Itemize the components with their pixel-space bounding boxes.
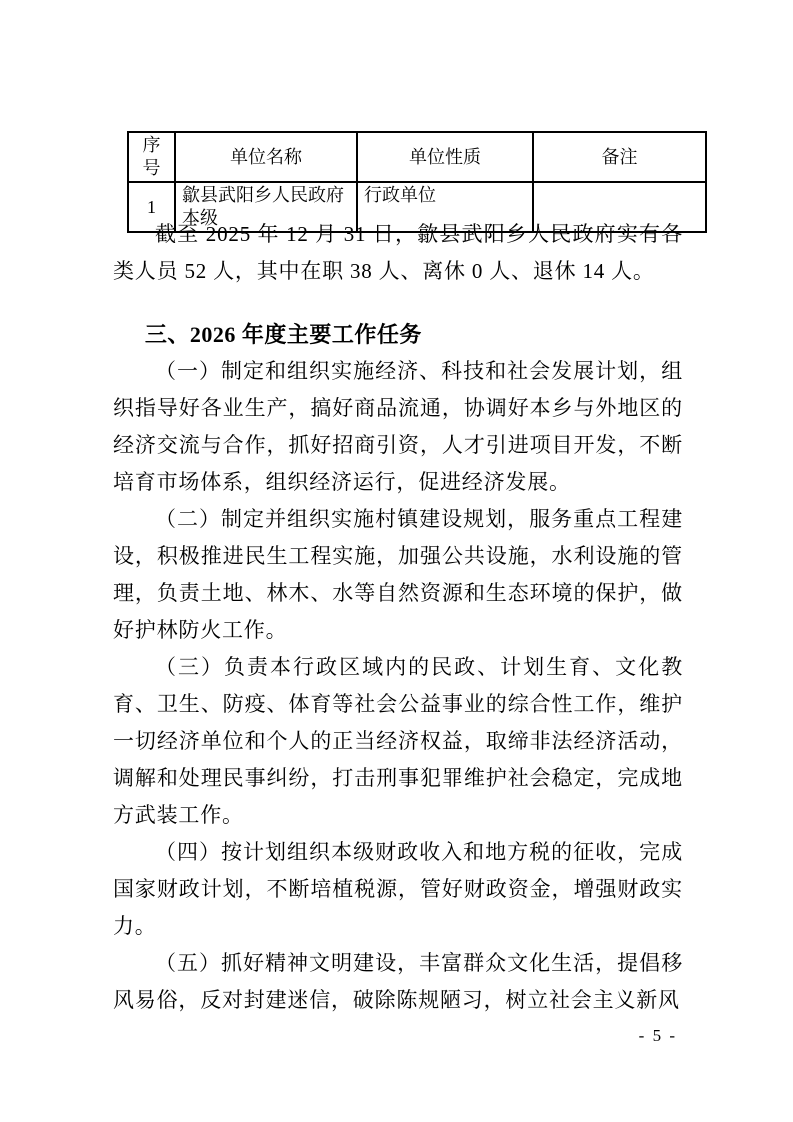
- task-paragraph-5: （五）抓好精神文明建设，丰富群众文化生活，提倡移风易俗，反对封建迷信，破除陈规陋…: [113, 945, 683, 1019]
- document-body: 截至 2025 年 12 月 31 日，歙县武阳乡人民政府实有各类人员 52 人…: [113, 216, 683, 1019]
- section-heading: 三、2026 年度主要工作任务: [113, 316, 683, 353]
- intro-paragraph: 截至 2025 年 12 月 31 日，歙县武阳乡人民政府实有各类人员 52 人…: [113, 216, 683, 290]
- table-header-row: 序号 单位名称 单位性质 备注: [128, 132, 706, 182]
- task-paragraph-1: （一）制定和组织实施经济、科技和社会发展计划，组织指导好各业生产，搞好商品流通，…: [113, 353, 683, 501]
- document-page: 序号 单位名称 单位性质 备注 1 歙县武阳乡人民政府本级 行政单位 截至 20…: [0, 0, 793, 1122]
- column-header-seq: 序号: [128, 132, 175, 182]
- column-header-remark: 备注: [533, 132, 706, 182]
- column-header-unit-type: 单位性质: [357, 132, 533, 182]
- column-header-unit-name: 单位名称: [175, 132, 357, 182]
- task-paragraph-3: （三）负责本行政区域内的民政、计划生育、文化教育、卫生、防疫、体育等社会公益事业…: [113, 649, 683, 834]
- page-number: - 5 -: [639, 1026, 677, 1046]
- task-paragraph-2: （二）制定并组织实施村镇建设规划，服务重点工程建设，积极推进民生工程实施，加强公…: [113, 501, 683, 649]
- task-paragraph-4: （四）按计划组织本级财政收入和地方税的征收，完成国家财政计划，不断培植税源，管好…: [113, 834, 683, 945]
